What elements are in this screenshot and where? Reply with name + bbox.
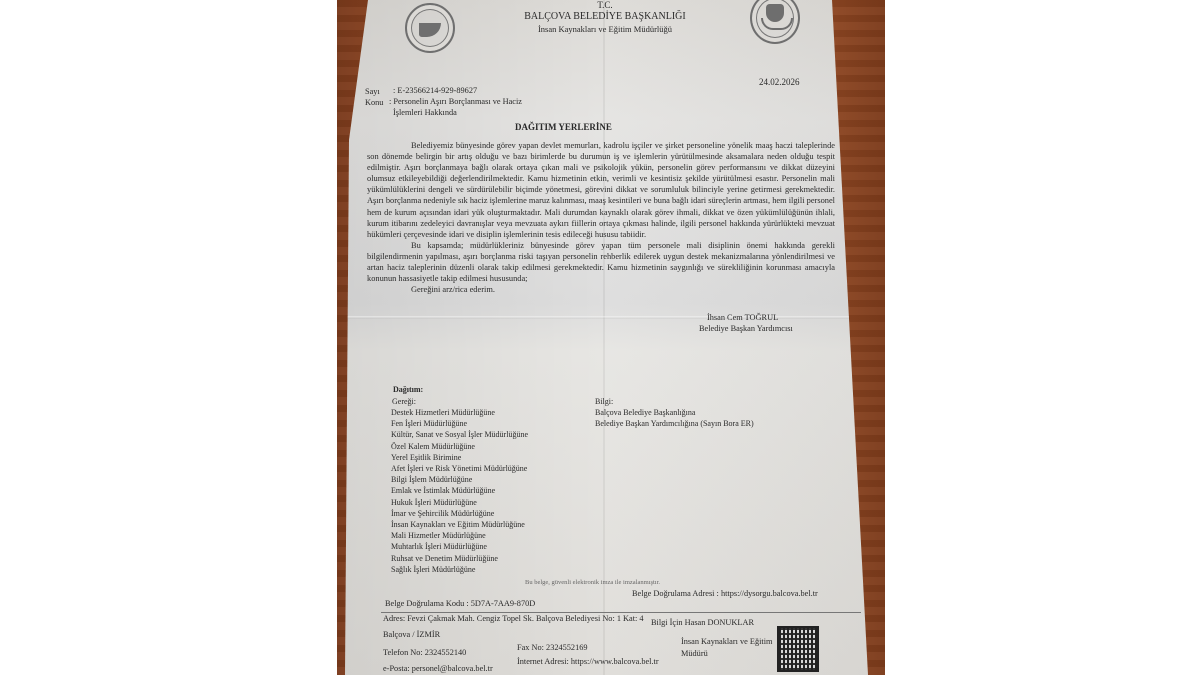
distribution-action-item: Yerel Eşitlik Birimine xyxy=(391,452,528,463)
distribution-action-item: Özel Kalem Müdürlüğüne xyxy=(391,441,528,452)
verification-code: Belge Doğrulama Kodu : 5D7A-7AA9-870D xyxy=(385,598,535,609)
distribution-action-item: İmar ve Şehircilik Müdürlüğüne xyxy=(391,508,528,519)
body-paragraph-2: Bu kapsamda; müdürlükleriniz bünyesinde … xyxy=(367,240,835,284)
distribution-action-item: Mali Hizmetler Müdürlüğüne xyxy=(391,530,528,541)
distribution-heading: Dağıtım: xyxy=(393,384,423,395)
distribution-action-item: Ruhsat ve Denetim Müdürlüğüne xyxy=(391,553,528,564)
distribution-action-item: Sağlık İşleri Müdürlüğüne xyxy=(391,564,528,575)
signer-title: Belediye Başkan Yardımcısı xyxy=(699,323,793,334)
header-department: İnsan Kaynakları ve Eğitim Müdürlüğü xyxy=(505,24,705,34)
footer-email[interactable]: e-Posta: personel@balcova.bel.tr xyxy=(383,663,493,674)
distribution-action-item: Hukuk İşleri Müdürlüğüne xyxy=(391,497,528,508)
header-tc: T.C. xyxy=(505,0,705,10)
signer-name: İhsan Cem TOĞRUL xyxy=(707,312,778,323)
distribution-action-item: Fen İşleri Müdürlüğüne xyxy=(391,418,528,429)
paper-fold-vertical xyxy=(603,0,605,675)
sayi-label: Sayı xyxy=(365,86,380,97)
contact-title-line2: Müdürü xyxy=(681,648,708,659)
distribution-action-item: Emlak ve İstimlak Müdürlüğüne xyxy=(391,485,528,496)
distribution-action-item: Afet İşleri ve Risk Yönetimi Müdürlüğüne xyxy=(391,463,528,474)
verification-url[interactable]: Belge Doğrulama Adresi : https://dysorgu… xyxy=(632,588,818,599)
distribution-info-list: Balçova Belediye BaşkanlığınaBelediye Ba… xyxy=(595,407,754,429)
distribution-info-item: Belediye Başkan Yardımcılığına (Sayın Bo… xyxy=(595,418,754,429)
addressee: DAĞITIM YERLERİNE xyxy=(515,122,612,132)
distribution-action-item: Kültür, Sanat ve Sosyal İşler Müdürlüğün… xyxy=(391,429,528,440)
distribution-action-item: İnsan Kaynakları ve Eğitim Müdürlüğüne xyxy=(391,519,528,530)
paper-fold-horizontal xyxy=(345,316,868,319)
footer-address-line2: Balçova / İZMİR xyxy=(383,629,440,640)
body-paragraph-1: Belediyemiz bünyesinde görev yapan devle… xyxy=(367,140,835,240)
footer-phone: Telefon No: 2324552140 xyxy=(383,647,466,658)
konu-value-line1: : Personelin Aşırı Borçlanması ve Haciz xyxy=(389,96,522,107)
document-page: T.C. BALÇOVA BELEDİYE BAŞKANLIĞI İnsan K… xyxy=(345,0,868,675)
distribution-action-item: Bilgi İşlem Müdürlüğüne xyxy=(391,474,528,485)
distribution-action-list: Destek Hizmetleri MüdürlüğüneFen İşleri … xyxy=(391,407,528,575)
footer-web[interactable]: İnternet Adresi: https://www.balcova.bel… xyxy=(517,656,659,667)
contact-name: Bilgi İçin Hasan DONUKLAR xyxy=(651,617,754,628)
letter-body: Belediyemiz bünyesinde görev yapan devle… xyxy=(367,140,835,295)
header-municipality: BALÇOVA BELEDİYE BAŞKANLIĞI xyxy=(505,11,705,22)
sayi-value: : E-23566214-929-89627 xyxy=(393,85,477,96)
footer-address-line1: Adres: Fevzi Çakmak Mah. Cengiz Topel Sk… xyxy=(383,613,644,624)
distribution-info-item: Balçova Belediye Başkanlığına xyxy=(595,407,754,418)
konu-label: Konu xyxy=(365,97,383,108)
contact-title-line1: İnsan Kaynakları ve Eğitim xyxy=(681,636,772,647)
konu-value-line2: İşlemleri Hakkında xyxy=(393,107,457,118)
body-closing: Gereğini arz/rica ederim. xyxy=(367,284,835,295)
esign-note: Bu belge, güvenli elektronik imza ile im… xyxy=(525,579,660,586)
distribution-action-label: Gereği: xyxy=(392,396,416,407)
municipality-seal-icon xyxy=(405,3,455,53)
document-date: 24.02.2026 xyxy=(759,77,800,88)
qr-code-icon[interactable] xyxy=(779,628,817,670)
emblem-seal-icon xyxy=(750,0,800,44)
distribution-action-item: Destek Hizmetleri Müdürlüğüne xyxy=(391,407,528,418)
distribution-action-item: Muhtarlık İşleri Müdürlüğüne xyxy=(391,541,528,552)
footer-fax: Fax No: 2324552169 xyxy=(517,642,588,653)
distribution-info-label: Bilgi: xyxy=(595,396,613,407)
